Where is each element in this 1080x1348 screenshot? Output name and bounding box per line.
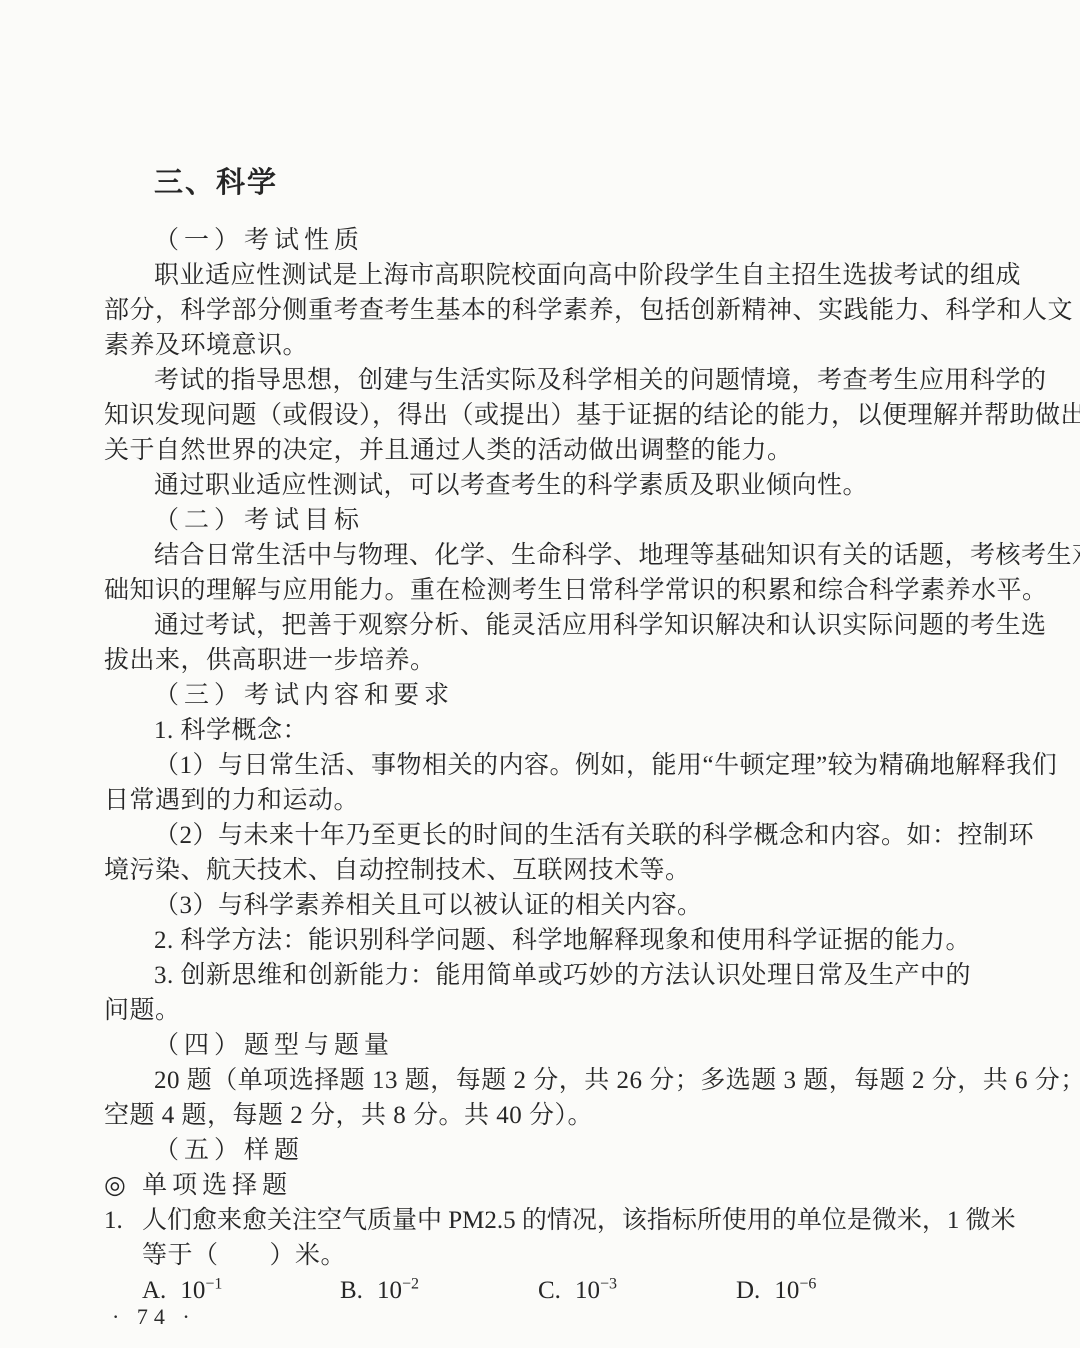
option-d-label: D. — [736, 1277, 760, 1304]
question-type-heading: ◎ 单项选择题 — [104, 1168, 964, 1203]
text-line: 日常遇到的力和运动。 — [104, 783, 964, 818]
section-heading: （三）考试内容和要求 — [104, 678, 964, 713]
section-heading: （五）样题 — [104, 1133, 964, 1168]
text-line: 1. 科学概念： — [104, 713, 964, 748]
text-line: 通过职业适应性测试，可以考查考生的科学素质及职业倾向性。 — [104, 468, 964, 503]
text-line: 问题。 — [104, 993, 964, 1028]
option-a-base: 10 — [180, 1277, 205, 1304]
text-line: 职业适应性测试是上海市高职院校面向高中阶段学生自主招生选拔考试的组成 — [104, 258, 964, 293]
text-line: 考试的指导思想，创建与生活实际及科学相关的问题情境，考查考生应用科学的 — [104, 363, 964, 398]
text-line: 结合日常生活中与物理、化学、生命科学、地理等基础知识有关的话题，考核考生对基 — [104, 538, 964, 573]
option-c: C.10−3 — [538, 1273, 736, 1308]
text-line: （3）与科学素养相关且可以被认证的相关内容。 — [104, 888, 964, 923]
option-b-label: B. — [340, 1277, 363, 1304]
option-b-exponent: −2 — [402, 1276, 419, 1293]
section-heading: （四）题型与题量 — [104, 1028, 964, 1063]
text-line: 3. 创新思维和创新能力：能用简单或巧妙的方法认识处理日常及生产中的 — [104, 958, 964, 993]
section-heading: （一）考试性质 — [104, 223, 964, 258]
question-item: 1. 人们愈来愈关注空气质量中 PM2.5 的情况，该指标所使用的单位是微米，1… — [104, 1203, 964, 1238]
option-d-exponent: −6 — [799, 1276, 816, 1293]
option-a-label: A. — [142, 1277, 166, 1304]
text-line: 素养及环境意识。 — [104, 328, 964, 363]
answer-options: A.10−1 B.10−2 C.10−3 D.10−6 — [104, 1273, 964, 1308]
option-d: D.10−6 — [736, 1273, 934, 1308]
question-text-continued: 等于（ ）米。 — [104, 1238, 964, 1273]
text-line: 境污染、航天技术、自动控制技术、互联网技术等。 — [104, 853, 964, 888]
section-heading: （二）考试目标 — [104, 503, 964, 538]
text-line: 关于自然世界的决定，并且通过人类的活动做出调整的能力。 — [104, 433, 964, 468]
option-c-exponent: −3 — [600, 1276, 617, 1293]
question-number: 1. — [104, 1203, 142, 1238]
text-line: 部分，科学部分侧重考查考生基本的科学素养，包括创新精神、实践能力、科学和人文 — [104, 293, 964, 328]
page-number: · 74 · — [112, 1304, 196, 1330]
option-c-base: 10 — [575, 1277, 600, 1304]
text-line: （1）与日常生活、事物相关的内容。例如，能用“牛顿定理”较为精确地解释我们 — [104, 748, 964, 783]
option-a-exponent: −1 — [205, 1276, 222, 1293]
option-d-base: 10 — [774, 1277, 799, 1304]
text-line: 20 题（单项选择题 13 题，每题 2 分，共 26 分；多选题 3 题，每题… — [104, 1063, 964, 1098]
page-title: 三、科学 — [104, 166, 964, 201]
text-line: 知识发现问题（或假设），得出（或提出）基于证据的结论的能力，以便理解并帮助做出 — [104, 398, 964, 433]
option-b: B.10−2 — [340, 1273, 538, 1308]
document-content: 三、科学 （一）考试性质 职业适应性测试是上海市高职院校面向高中阶段学生自主招生… — [104, 166, 964, 1308]
text-line: 础知识的理解与应用能力。重在检测考生日常科学常识的积累和综合科学素养水平。 — [104, 573, 964, 608]
option-b-base: 10 — [377, 1277, 402, 1304]
text-line: 通过考试，把善于观察分析、能灵活应用科学知识解决和认识实际问题的考生选 — [104, 608, 964, 643]
question-text: 人们愈来愈关注空气质量中 PM2.5 的情况，该指标所使用的单位是微米，1 微米 — [142, 1203, 1016, 1238]
text-line: （2）与未来十年乃至更长的时间的生活有关联的科学概念和内容。如：控制环 — [104, 818, 964, 853]
document-page: 三、科学 （一）考试性质 职业适应性测试是上海市高职院校面向高中阶段学生自主招生… — [0, 0, 1080, 1348]
text-line: 2. 科学方法：能识别科学问题、科学地解释现象和使用科学证据的能力。 — [104, 923, 964, 958]
text-line: 拔出来，供高职进一步培养。 — [104, 643, 964, 678]
option-a: A.10−1 — [142, 1273, 340, 1308]
text-line: 空题 4 题，每题 2 分，共 8 分。共 40 分）。 — [104, 1098, 964, 1133]
option-c-label: C. — [538, 1277, 561, 1304]
